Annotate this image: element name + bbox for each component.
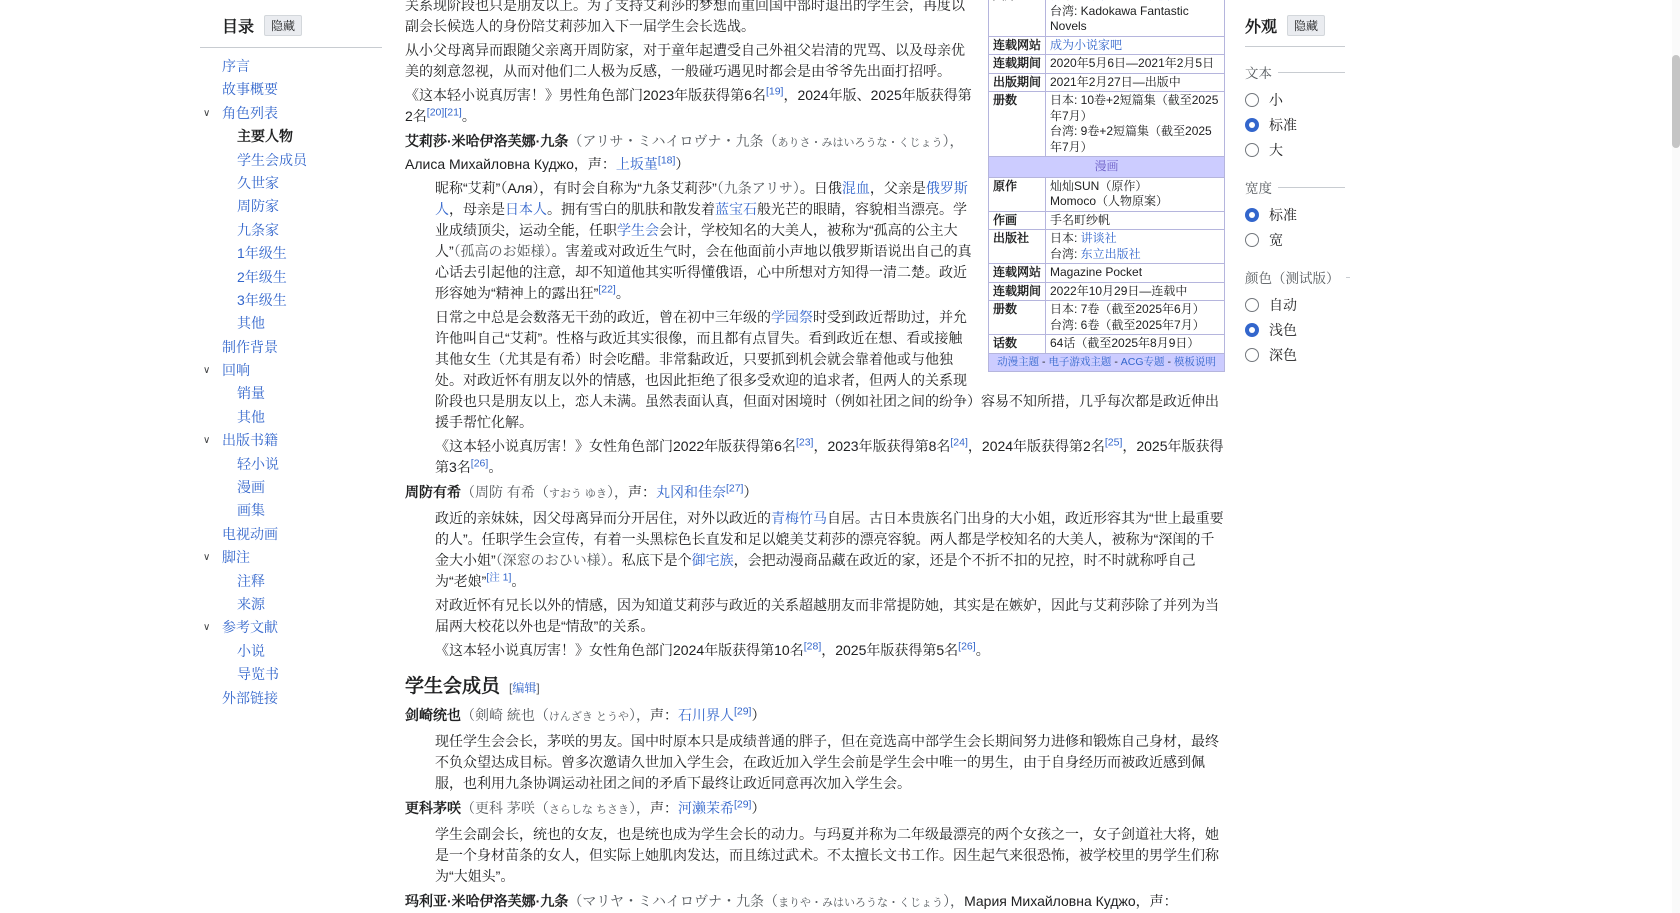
toc-item[interactable]: 周防家: [200, 195, 382, 218]
radio-selected-icon[interactable]: [1245, 208, 1259, 222]
chevron-down-icon[interactable]: ∨: [203, 616, 210, 639]
toc-item[interactable]: 外部链接: [200, 687, 382, 710]
reference-link[interactable]: [26]: [958, 640, 976, 652]
text-run: 日常之中总是会数落无干劲的政近，曾在初中三年级的: [435, 309, 771, 325]
text-run: 台湾: Kadokawa Fantastic Novels: [1050, 4, 1189, 34]
text-run: ）: [743, 484, 757, 500]
character-entry: 玛利亚·米哈伊洛芙娜·九条（マリヤ・ミハイロヴナ・九条（まりや・みはいろうな・く…: [405, 891, 1225, 913]
toc-item-label[interactable]: 故事概要: [222, 81, 278, 97]
infobox-row: 册数日本: 10卷+2短篇集（截至2025年7月）台湾: 9卷+2短篇集（截至2…: [989, 92, 1225, 157]
infobox-row: 连载期间2020年5月6日—2021年2月5日: [989, 55, 1225, 74]
infobox-row: 话数64话（截至2025年8月9日）: [989, 335, 1225, 354]
furigana-text: けんざき とうや: [549, 711, 629, 723]
reading-text: （マリヤ・ミハイロヴナ・九条（: [568, 893, 778, 909]
infobox-value-line: Magazine Pocket: [1050, 265, 1220, 281]
character-description: 现任学生会会长，茅咲的男友。国中时原本只是成绩普通的胖子，但在竞选高中部学生会长…: [435, 731, 1225, 794]
toc-item[interactable]: 小说: [200, 640, 382, 663]
reading-text: ），: [629, 707, 650, 723]
text-run: Мария Михайловна Куджо，声：: [964, 893, 1178, 909]
infobox-row: 出版社日本: 讲谈社台湾: 东立出版社: [989, 230, 1225, 264]
toc-item[interactable]: 3年级生: [200, 289, 382, 312]
radio-option-label[interactable]: 标准: [1269, 205, 1297, 225]
text-run: 对政近怀有兄长以外的情感，因为知道艾莉莎与政近的关系超越朋友而非常提防她，其实是…: [435, 597, 1219, 634]
radio-selected-icon[interactable]: [1245, 323, 1259, 337]
wiki-link[interactable]: 石川界人: [678, 707, 734, 723]
character-description: 学生会副会长，统也的女友，也是统也成为学生会长的动力。与玛夏并称为二年级最漂亮的…: [435, 824, 1225, 887]
reading-text: ），: [943, 893, 964, 909]
radio-option-label[interactable]: 宽: [1269, 230, 1283, 250]
toc-item-label[interactable]: 主要人物: [237, 128, 293, 144]
wiki-link[interactable]: 上坂堇: [616, 156, 658, 172]
text-run: 日本: 10卷+2短篇集（截至2025年7月）: [1050, 93, 1218, 123]
toc-item-label[interactable]: 出版书籍: [222, 432, 278, 448]
reading-text: ），: [607, 484, 628, 500]
radio-selected-icon[interactable]: [1245, 118, 1259, 132]
text-run: 。: [616, 285, 630, 301]
character-entry: 剑崎统也（剣崎 統也（けんざき とうや），声：石川界人[29]）: [405, 705, 1225, 728]
infobox-value-line: 64话（截至2025年8月9日）: [1050, 336, 1220, 352]
toc-item[interactable]: 导览书: [200, 663, 382, 686]
scrollbar-thumb[interactable]: [1672, 55, 1680, 148]
toc-item-label[interactable]: 销量: [237, 385, 265, 401]
toc-item-label[interactable]: 角色列表: [222, 105, 278, 121]
reference-link[interactable]: [注 1]: [486, 571, 511, 583]
scrollbar-track[interactable]: [1672, 0, 1680, 913]
radio-unselected-icon[interactable]: [1245, 143, 1259, 157]
text-run: 日本: 7卷（截至2025年6月）: [1050, 302, 1205, 316]
text-run: 现任学生会会长，茅咲的男友。国中时原本只是成绩普通的胖子，但在竞选高中部学生会长…: [435, 733, 1219, 791]
text-run: 。拥有雪白的肌肤和散发着: [547, 201, 715, 217]
wiki-link[interactable]: 电子游戏主题: [1048, 356, 1111, 368]
reading-text: （剣崎 統也（: [461, 707, 549, 723]
text-run: 声：: [650, 707, 678, 723]
wiki-link[interactable]: 蓝宝石: [715, 201, 757, 217]
reference-link[interactable]: [26]: [471, 457, 489, 469]
toc-item-label[interactable]: 久世家: [237, 175, 279, 191]
character-entry: 更科茅咲（更科 茅咲（さらしな ちさき），声：河濑茉希[29]）: [405, 798, 1225, 821]
reading-text: （孤高のお姫様）: [454, 243, 552, 259]
radio-option[interactable]: 宽: [1245, 227, 1345, 252]
chevron-down-icon[interactable]: ∨: [203, 102, 210, 125]
infobox-row: 文库日本: 角川Sneaker文库台湾: Kadokawa Fantastic …: [989, 0, 1225, 36]
infobox-value-line: 2021年2月27日—出版中: [1050, 75, 1220, 91]
wiki-link[interactable]: 御宅族: [692, 552, 734, 568]
toc-item-label[interactable]: 周防家: [237, 198, 279, 214]
radio-option[interactable]: 标准: [1245, 112, 1345, 137]
appearance-section-header: 宽度: [1245, 177, 1345, 197]
toc-item[interactable]: 1年级生: [200, 242, 382, 265]
infobox-value-line: 2020年5月6日—2021年2月5日: [1050, 56, 1220, 72]
appearance-section-label: 宽度: [1245, 177, 1272, 197]
character-entry: 周防有希（周防 有希（すおう ゆき），声：丸冈和佳奈[27]）: [405, 482, 1225, 505]
toc-item-label[interactable]: 回响: [222, 362, 250, 378]
radio-option-label[interactable]: 标准: [1269, 115, 1297, 135]
reference-link[interactable]: [22]: [598, 283, 616, 295]
text-run: 关系现阶段也只是朋友以上。为了支持艾莉莎的梦想而重回国中部时退出的学生会，再度以…: [405, 0, 965, 34]
toc-item[interactable]: 序言: [200, 55, 382, 78]
text-run: 《这本轻小说真厉害！》男性角色部门2023年版获得第6名: [405, 87, 766, 103]
wiki-link[interactable]: 学生会: [617, 222, 659, 238]
toc-hide-button[interactable]: 隐藏: [264, 15, 302, 36]
character-description: 《这本轻小说真厉害！》女性角色部门2022年版获得第6名[23]，2023年版获…: [435, 436, 1225, 478]
toc-item[interactable]: 学生会成员: [200, 149, 382, 172]
reference-link[interactable]: [27]: [726, 482, 744, 494]
text-run: 日本:: [1050, 231, 1081, 245]
toc-item-label[interactable]: 其他: [237, 409, 265, 425]
infobox-label: 话数: [989, 335, 1046, 354]
wiki-link[interactable]: 丸冈和佳奈: [656, 484, 726, 500]
paragraph: 政近的亲妹妹，因父母离异而分开居住，对外以政近的青梅竹马自居。古日本贵族名门出身…: [435, 508, 1225, 592]
appearance-sections: 文本小标准大宽度标准宽颜色（测试版）自动浅色深色: [1245, 62, 1345, 367]
appearance-section-header: 文本: [1245, 62, 1345, 82]
reference-link[interactable]: [21]: [444, 106, 462, 118]
toc-item[interactable]: 2年级生: [200, 266, 382, 289]
infobox-label: 文库: [989, 0, 1046, 36]
toc-item[interactable]: 轻小说: [200, 453, 382, 476]
text-run: 。私底下是个: [608, 552, 692, 568]
radio-option[interactable]: 自动: [1245, 292, 1345, 317]
appearance-header: 外观 隐藏: [1245, 14, 1345, 47]
infobox-row: 连载期间2022年10月29日—连载中: [989, 282, 1225, 301]
toc-item-label[interactable]: 漫画: [237, 479, 265, 495]
infobox-value-line: 灿灿SUN（原作）: [1050, 179, 1220, 195]
footer-separator: -: [1165, 356, 1174, 368]
text-run: ）: [675, 156, 689, 172]
wiki-link[interactable]: 东立出版社: [1081, 247, 1141, 261]
toc-item[interactable]: ∨出版书籍: [200, 429, 382, 452]
infobox-label: 连载网站: [989, 264, 1046, 283]
text-run: 2021年2月27日—出版中: [1050, 75, 1181, 89]
toc-item-label[interactable]: 外部链接: [222, 690, 278, 706]
toc-item[interactable]: ∨回响: [200, 359, 382, 382]
text-run: 手名町纱帆: [1050, 213, 1110, 227]
text-run: 政近的亲妹妹，因父母离异而分开居住，对外以政近的: [435, 510, 771, 526]
text-run: ，2025年版获得第5名: [821, 642, 958, 658]
text-run: 。: [462, 108, 476, 124]
toc-item-label[interactable]: 小说: [237, 643, 265, 659]
toc-item-label[interactable]: 电视动画: [222, 526, 278, 542]
radio-option-label[interactable]: 大: [1269, 140, 1283, 160]
reading-text: ），: [629, 800, 650, 816]
infobox-value: 日本: 10卷+2短篇集（截至2025年7月）台湾: 9卷+2短篇集（截至202…: [1046, 92, 1225, 157]
infobox-value-line: 日本: 7卷（截至2025年6月）: [1050, 302, 1220, 318]
furigana-text: すおう ゆき: [549, 488, 607, 500]
infobox-value-line: 台湾: 6卷（截至2025年7月）: [1050, 318, 1220, 334]
text-run: 台湾: 9卷+2短篇集（截至2025年7月）: [1050, 124, 1212, 154]
furigana-text: ありさ・みはいろうな・くじょう: [778, 137, 943, 149]
article-content: 文库日本: 角川Sneaker文库台湾: Kadokawa Fantastic …: [405, 0, 1225, 913]
toc-item[interactable]: ∨参考文献: [200, 616, 382, 639]
reading-text: （更科 茅咲（: [461, 800, 549, 816]
text-run: 《这本轻小说真厉害！》女性角色部门2024年版获得第10名: [435, 642, 804, 658]
infobox-footer: 动漫主题 - 电子游戏主题 - ACG专题 - 模板说明: [989, 353, 1225, 371]
paragraph: 现任学生会会长，茅咲的男友。国中时原本只是成绩普通的胖子，但在竞选高中部学生会长…: [435, 731, 1225, 794]
wiki-link[interactable]: 混血: [842, 180, 870, 196]
infobox-value: 手名町纱帆: [1046, 211, 1225, 230]
radio-unselected-icon[interactable]: [1245, 348, 1259, 362]
infobox-value-line: Momoco（人物原案）: [1050, 194, 1220, 210]
infobox-value: 日本: 7卷（截至2025年6月）台湾: 6卷（截至2025年7月）: [1046, 301, 1225, 335]
wiki-link[interactable]: 成为小说家吧: [1050, 38, 1122, 52]
character-name: 周防有希: [405, 484, 461, 500]
infobox-label: 连载网站: [989, 36, 1046, 55]
reference-link[interactable]: [24]: [950, 436, 968, 448]
toc-item[interactable]: 故事概要: [200, 78, 382, 101]
radio-option[interactable]: 大: [1245, 137, 1345, 162]
toc-title: 目录: [222, 14, 254, 37]
paragraph: 《这本轻小说真厉害！》女性角色部门2022年版获得第6名[23]，2023年版获…: [435, 436, 1225, 478]
infobox-value-line: 台湾: 9卷+2短篇集（截至2025年7月）: [1050, 124, 1220, 155]
section-heading: 学生会成员[编辑]: [405, 676, 1225, 699]
toc-item-label[interactable]: 导览书: [237, 666, 279, 682]
infobox-label: 出版社: [989, 230, 1046, 264]
reference-link[interactable]: [18]: [658, 154, 676, 166]
toc-item[interactable]: 九条家: [200, 219, 382, 242]
bracket: ]: [536, 681, 539, 695]
radio-option-label[interactable]: 自动: [1269, 295, 1297, 315]
text-run: ）: [751, 707, 765, 723]
character-name: 剑崎统也: [405, 707, 461, 723]
character-name: 艾莉莎·米哈伊洛芙娜·九条: [405, 133, 568, 149]
wiki-link[interactable]: 日本人: [505, 201, 547, 217]
toc-item-label[interactable]: 注释: [237, 573, 265, 589]
infobox-band-label[interactable]: 漫画: [989, 157, 1225, 178]
infobox-value-line: 手名町纱帆: [1050, 213, 1220, 229]
text-run: Momoco（人物原案）: [1050, 194, 1168, 208]
toc-item-label[interactable]: 制作背景: [222, 339, 278, 355]
toc-item[interactable]: 漫画: [200, 476, 382, 499]
reference-link[interactable]: [19]: [766, 85, 784, 97]
radio-option[interactable]: 浅色: [1245, 317, 1345, 342]
text-run: 日本:: [1050, 0, 1081, 2]
text-run: ，母亲是: [449, 201, 505, 217]
section-title: 学生会成员: [405, 676, 500, 697]
wiki-link[interactable]: 青梅竹马: [771, 510, 827, 526]
infobox-value: 2021年2月27日—出版中: [1046, 73, 1225, 92]
text-run: 2020年5月6日—2021年2月5日: [1050, 56, 1214, 70]
text-run: 64话（截至2025年8月9日）: [1050, 336, 1199, 350]
text-run: 声：: [628, 484, 656, 500]
toc-item-label[interactable]: 来源: [237, 596, 265, 612]
paragraph: 对政近怀有兄长以外的情感，因为知道艾莉莎与政近的关系超越朋友而非常提防她，其实是…: [435, 595, 1225, 637]
reading-text: ），: [943, 133, 964, 149]
infobox-row: 作画手名町纱帆: [989, 211, 1225, 230]
infobox-row: 原作灿灿SUN（原作）Momoco（人物原案）: [989, 177, 1225, 211]
infobox-label: 原作: [989, 177, 1046, 211]
infobox-value: 灿灿SUN（原作）Momoco（人物原案）: [1046, 177, 1225, 211]
text-run: 。: [488, 459, 502, 475]
reading-text: （深窓のおひい様）: [496, 552, 608, 568]
radio-option-label[interactable]: 浅色: [1269, 320, 1297, 340]
toc-item-label[interactable]: 3年级生: [237, 292, 287, 308]
character-description: 政近的亲妹妹，因父母离异而分开居住，对外以政近的青梅竹马自居。古日本贵族名门出身…: [435, 508, 1225, 592]
appearance-section-label: 颜色（测试版）: [1245, 267, 1340, 287]
toc-item[interactable]: 画集: [200, 499, 382, 522]
text-run: 台湾: 6卷（截至2025年7月）: [1050, 318, 1205, 332]
text-run: 。日俄: [800, 180, 842, 196]
reading-text: （九条アリサ）: [717, 180, 800, 196]
character-name: 玛利亚·米哈伊洛芙娜·九条: [405, 893, 568, 909]
radio-unselected-icon[interactable]: [1245, 298, 1259, 312]
infobox-row: 连载网站Magazine Pocket: [989, 264, 1225, 283]
infobox-value: 日本: 讲谈社台湾: 东立出版社: [1046, 230, 1225, 264]
text-run: 。: [976, 642, 990, 658]
wiki-link[interactable]: 河濑茉希: [678, 800, 734, 816]
toc-item[interactable]: 其他: [200, 406, 382, 429]
council-character-list: 剑崎统也（剣崎 統也（けんざき とうや），声：石川界人[29]）现任学生会会长，…: [405, 705, 1225, 913]
infobox-label: 册数: [989, 301, 1046, 335]
toc-list: 序言故事概要∨角色列表主要人物学生会成员久世家周防家九条家1年级生2年级生3年级…: [200, 55, 382, 710]
infobox-value-line: 台湾: Kadokawa Fantastic Novels: [1050, 4, 1220, 35]
infobox-label: 册数: [989, 92, 1046, 157]
toc-item[interactable]: 主要人物: [200, 125, 382, 148]
text-run: 《这本轻小说真厉害！》女性角色部门2022年版获得第6名: [435, 438, 796, 454]
wiki-link[interactable]: 讲谈社: [1081, 231, 1117, 245]
edit-section: [编辑]: [509, 681, 540, 695]
infobox-row: 册数日本: 7卷（截至2025年6月）台湾: 6卷（截至2025年7月）: [989, 301, 1225, 335]
reference-link[interactable]: [25]: [1105, 436, 1123, 448]
reference-link[interactable]: [29]: [734, 798, 752, 810]
chevron-down-icon[interactable]: ∨: [203, 359, 210, 382]
character-description: 对政近怀有兄长以外的情感，因为知道艾莉莎与政近的关系超越朋友而非常提防她，其实是…: [435, 595, 1225, 637]
text-run: 从小父母离异而跟随父亲离开周防家，对于童年起遭受自己外祖父岩清的咒骂、以及母亲优…: [405, 42, 965, 79]
radio-option[interactable]: 深色: [1245, 342, 1345, 367]
reference-link[interactable]: [20]: [427, 106, 445, 118]
infobox-row: 出版期间2021年2月27日—出版中: [989, 73, 1225, 92]
toc-header: 目录 隐藏: [200, 14, 382, 37]
appearance-hide-button[interactable]: 隐藏: [1287, 15, 1325, 36]
infobox-value-line: 台湾: 东立出版社: [1050, 247, 1220, 263]
infobox-value: Magazine Pocket: [1046, 264, 1225, 283]
text-run: ，父亲是: [870, 180, 926, 196]
infobox-value-line: 成为小说家吧: [1050, 38, 1220, 54]
radio-unselected-icon[interactable]: [1245, 93, 1259, 107]
toc-item-label[interactable]: 画集: [237, 502, 265, 518]
text-run: 声：: [650, 800, 678, 816]
text-run: ，2023年版获得第8名: [813, 438, 950, 454]
footer-separator: -: [1111, 356, 1120, 368]
radio-option[interactable]: 小: [1245, 87, 1345, 112]
toc-item[interactable]: ∨脚注: [200, 546, 382, 569]
reading-text: （周防 有希（: [461, 484, 549, 500]
toc-item-label[interactable]: 参考文献: [222, 619, 278, 635]
chevron-down-icon[interactable]: ∨: [203, 429, 210, 452]
wiki-link[interactable]: 模板说明: [1174, 356, 1216, 368]
reference-link[interactable]: [29]: [734, 705, 752, 717]
reference-link[interactable]: [23]: [796, 436, 814, 448]
infobox-value: 成为小说家吧: [1046, 36, 1225, 55]
character-name: 更科茅咲: [405, 800, 461, 816]
appearance-panel: 外观 隐藏 文本小标准大宽度标准宽颜色（测试版）自动浅色深色: [1245, 14, 1345, 367]
toc-item[interactable]: 久世家: [200, 172, 382, 195]
toc-item-label[interactable]: 序言: [222, 58, 250, 74]
toc-item-label[interactable]: 1年级生: [237, 245, 287, 261]
toc-item[interactable]: 来源: [200, 593, 382, 616]
infobox-footer-links: 动漫主题 - 电子游戏主题 - ACG专题 - 模板说明: [989, 353, 1225, 371]
infobox-animanga: 文库日本: 角川Sneaker文库台湾: Kadokawa Fantastic …: [988, 0, 1225, 372]
edit-section-link[interactable]: 编辑: [512, 681, 536, 695]
wiki-link[interactable]: 动漫主题: [997, 356, 1039, 368]
appearance-section-header: 颜色（测试版）: [1245, 267, 1345, 287]
wiki-link[interactable]: ACG专题: [1121, 356, 1165, 368]
toc-item[interactable]: 注释: [200, 570, 382, 593]
infobox-label: 连载期间: [989, 282, 1046, 301]
furigana-text: さらしな ちさき: [549, 804, 629, 816]
infobox-value: 日本: 角川Sneaker文库台湾: Kadokawa Fantastic No…: [1046, 0, 1225, 36]
wikipedia-article-page: 目录 隐藏 序言故事概要∨角色列表主要人物学生会成员久世家周防家九条家1年级生2…: [0, 0, 1680, 913]
infobox-value: 2020年5月6日—2021年2月5日: [1046, 55, 1225, 74]
paragraph: 学生会副会长，统也的女友，也是统也成为学生会长的动力。与玛夏并称为二年级最漂亮的…: [435, 824, 1225, 887]
infobox-value-line: 日本: 讲谈社: [1050, 231, 1220, 247]
wiki-link[interactable]: 学园祭: [771, 309, 813, 325]
infobox-manga-band: 漫画: [989, 157, 1225, 178]
chevron-down-icon[interactable]: ∨: [203, 546, 210, 569]
wiki-link[interactable]: 角川Sneaker文库: [1081, 0, 1174, 2]
toc-item[interactable]: ∨角色列表: [200, 102, 382, 125]
toc-item-label[interactable]: 学生会成员: [237, 152, 307, 168]
toc-divider: [200, 47, 382, 48]
character-description: 《这本轻小说真厉害！》女性角色部门2024年版获得第10名[28]，2025年版…: [435, 640, 1225, 661]
toc-item-label[interactable]: 脚注: [222, 549, 250, 565]
text-run: ，2024年版获得第2名: [968, 438, 1105, 454]
toc-item[interactable]: 其他: [200, 312, 382, 335]
infobox-value: 2022年10月29日—连载中: [1046, 282, 1225, 301]
text-run: 2022年10月29日—连载中: [1050, 284, 1187, 298]
text-run: ）: [751, 800, 765, 816]
toc-item-label[interactable]: 九条家: [237, 222, 279, 238]
toc-item-label[interactable]: 轻小说: [237, 456, 279, 472]
text-run: 学生会副会长，统也的女友，也是统也成为学生会长的动力。与玛夏并称为二年级最漂亮的…: [435, 826, 1219, 884]
toc-item[interactable]: 制作背景: [200, 336, 382, 359]
furigana-text: まりや・みはいろうな・くじょう: [778, 897, 943, 909]
radio-option[interactable]: 标准: [1245, 202, 1345, 227]
radio-option-label[interactable]: 深色: [1269, 345, 1297, 365]
text-run: Алиса Михайловна Куджо，声：: [405, 156, 616, 172]
toc-item-label[interactable]: 2年级生: [237, 269, 287, 285]
reading-text: （アリサ・ミハイロヴナ・九条（: [568, 133, 777, 149]
infobox-value-line: 2022年10月29日—连载中: [1050, 284, 1220, 300]
text-run: 。: [511, 573, 525, 589]
infobox-label: 出版期间: [989, 73, 1046, 92]
table-of-contents: 目录 隐藏 序言故事概要∨角色列表主要人物学生会成员久世家周防家九条家1年级生2…: [200, 14, 382, 710]
appearance-section-label: 文本: [1245, 62, 1272, 82]
radio-unselected-icon[interactable]: [1245, 233, 1259, 247]
radio-option-label[interactable]: 小: [1269, 90, 1283, 110]
text-run: 昵称“艾莉”（Аля），有时会自称为“九条艾莉莎”: [435, 180, 717, 196]
toc-item[interactable]: 电视动画: [200, 523, 382, 546]
reference-link[interactable]: [28]: [804, 640, 822, 652]
toc-item-label[interactable]: 其他: [237, 315, 265, 331]
infobox-label: 连载期间: [989, 55, 1046, 74]
paragraph: 《这本轻小说真厉害！》女性角色部门2024年版获得第10名[28]，2025年版…: [435, 640, 1225, 661]
toc-item[interactable]: 销量: [200, 382, 382, 405]
text-run: Magazine Pocket: [1050, 265, 1142, 279]
infobox-value: 64话（截至2025年8月9日）: [1046, 335, 1225, 354]
text-run: 台湾:: [1050, 247, 1081, 261]
appearance-title: 外观: [1245, 14, 1277, 37]
infobox-label: 作画: [989, 211, 1046, 230]
text-run: 灿灿SUN（原作）: [1050, 179, 1147, 193]
infobox-row: 连载网站成为小说家吧: [989, 36, 1225, 55]
infobox-value-line: 日本: 10卷+2短篇集（截至2025年7月）: [1050, 93, 1220, 124]
